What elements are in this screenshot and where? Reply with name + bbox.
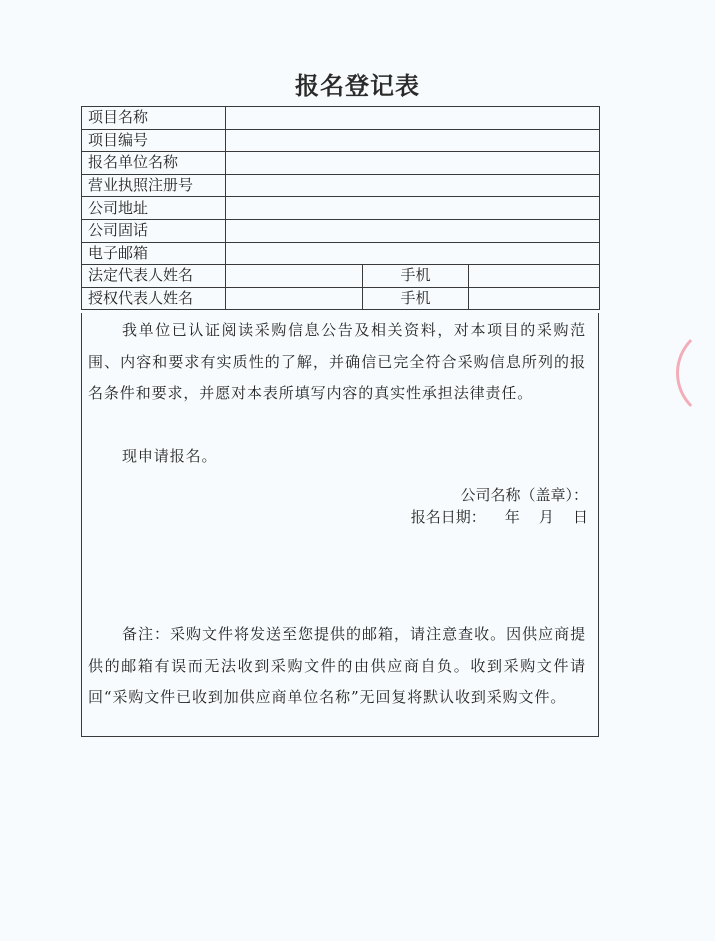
field-label-company-address: 公司地址 (82, 197, 226, 220)
field-value-company-address[interactable] (226, 197, 600, 220)
table-row: 报名单位名称 (82, 152, 600, 175)
field-value-legal-rep-mobile[interactable] (469, 265, 600, 288)
apply-text: 现申请报名。 (88, 441, 586, 473)
field-label-project-name: 项目名称 (82, 107, 226, 130)
declaration-box: 我单位已认证阅读采购信息公告及相关资料，对本项目的采购范围、内容和要求有实质性的… (81, 313, 599, 737)
field-value-email[interactable] (226, 242, 600, 265)
table-row: 法定代表人姓名 手机 (82, 265, 600, 288)
page-title: 报名登记表 (0, 66, 715, 101)
registration-table: 项目名称 项目编号 报名单位名称 营业执照注册号 公司地址 公司固话 电子邮箱 (81, 106, 600, 310)
table-row: 营业执照注册号 (82, 174, 600, 197)
field-label-legal-rep: 法定代表人姓名 (82, 265, 226, 288)
table-row: 公司地址 (82, 197, 600, 220)
note-text: 备注：采购文件将发送至您提供的邮箱，请注意查收。因供应商提供的邮箱有误而无法收到… (88, 619, 586, 714)
red-seal-stamp-icon (676, 325, 715, 421)
declaration-text: 我单位已认证阅读采购信息公告及相关资料，对本项目的采购范围、内容和要求有实质性的… (88, 315, 586, 410)
field-label-applicant-name: 报名单位名称 (82, 152, 226, 175)
field-label-authorized-rep: 授权代表人姓名 (82, 287, 226, 310)
field-value-authorized-rep[interactable] (226, 287, 363, 310)
field-label-business-license: 营业执照注册号 (82, 174, 226, 197)
field-label-authorized-rep-mobile: 手机 (363, 287, 469, 310)
table-row: 授权代表人姓名 手机 (82, 287, 600, 310)
field-label-company-phone: 公司固话 (82, 219, 226, 242)
field-label-project-number: 项目编号 (82, 129, 226, 152)
field-value-authorized-rep-mobile[interactable] (469, 287, 600, 310)
table-row: 项目名称 (82, 107, 600, 130)
field-label-legal-rep-mobile: 手机 (363, 265, 469, 288)
table-row: 公司固话 (82, 219, 600, 242)
field-label-email: 电子邮箱 (82, 242, 226, 265)
table-row: 项目编号 (82, 129, 600, 152)
table-row: 电子邮箱 (82, 242, 600, 265)
field-value-applicant-name[interactable] (226, 152, 600, 175)
field-value-company-phone[interactable] (226, 219, 600, 242)
field-value-project-number[interactable] (226, 129, 600, 152)
field-value-project-name[interactable] (226, 107, 600, 130)
field-value-legal-rep[interactable] (226, 265, 363, 288)
field-value-business-license[interactable] (226, 174, 600, 197)
company-seal-label: 公司名称（盖章）： (460, 484, 588, 506)
application-date-label: 报名日期： 年 月 日 (411, 506, 588, 528)
